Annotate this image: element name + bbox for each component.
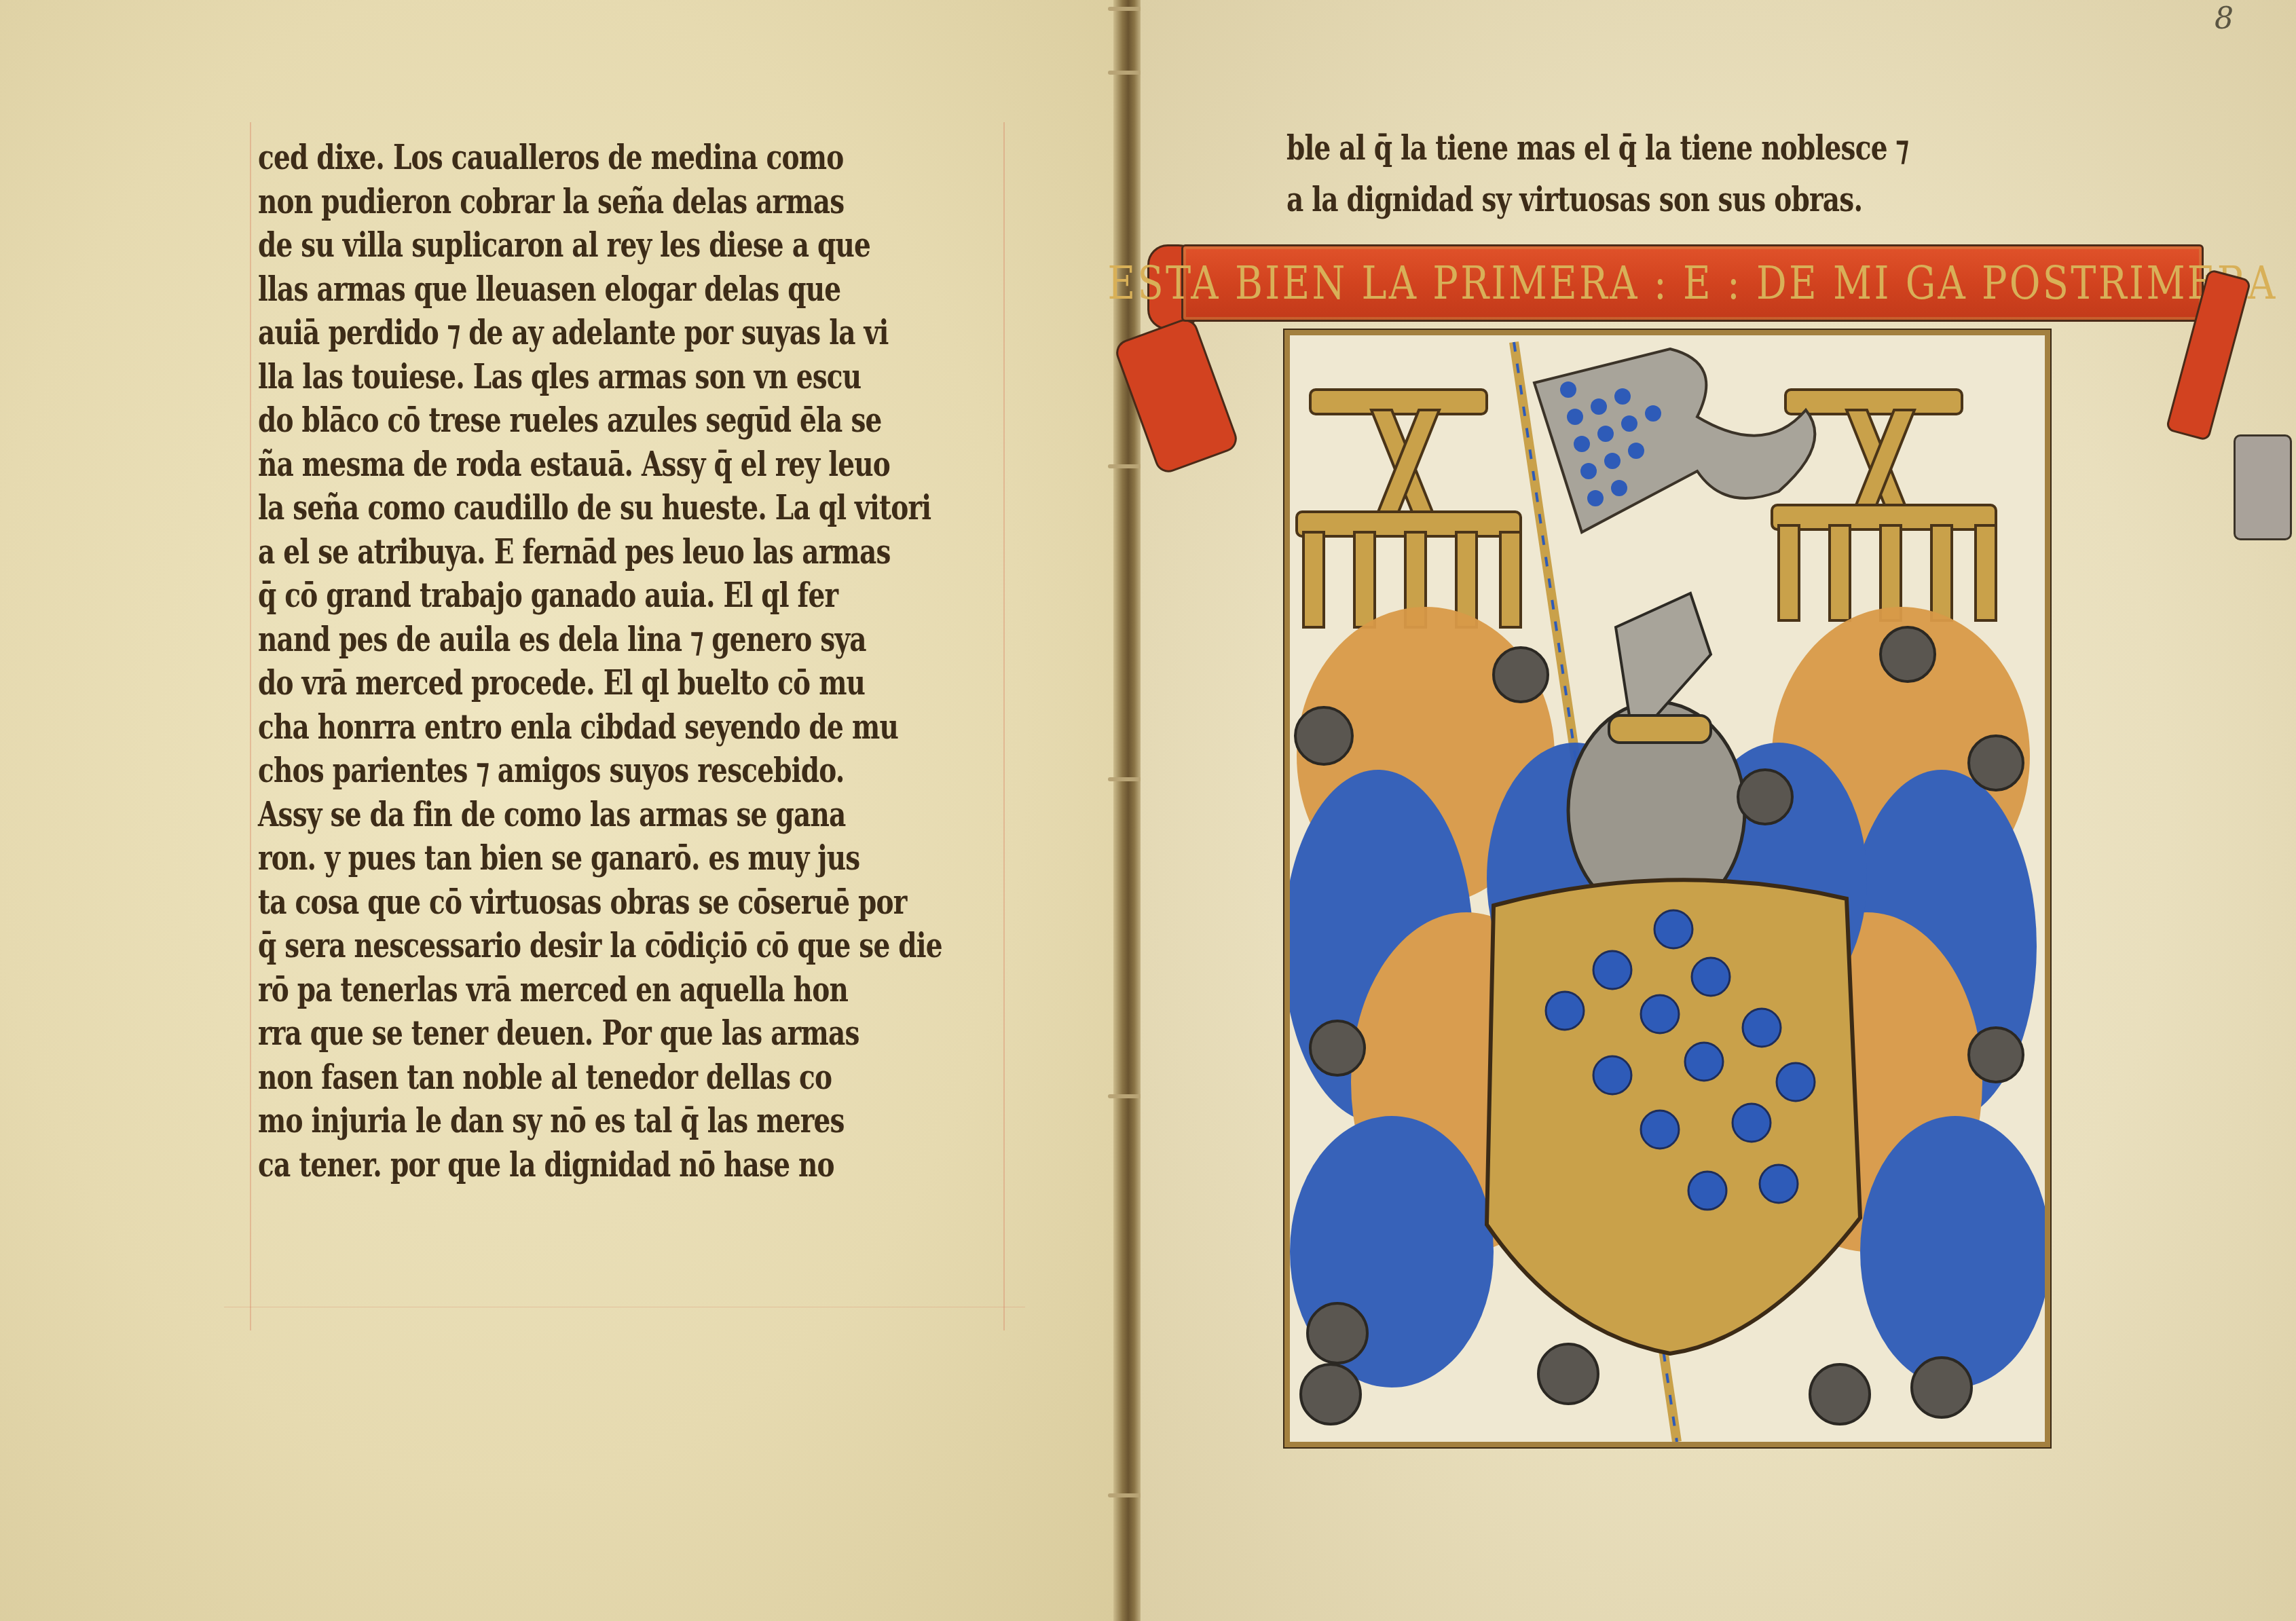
text-line: ta cosa que cō virtuosas obras se cōseru… (258, 880, 840, 925)
armoured-arm-icon (1616, 593, 1711, 715)
right-text-block: ble al q̄ la tiene mas el q̄ la tiene no… (1286, 122, 2047, 225)
text-line: ña mesma de roda estauā. Assy q̄ el rey … (258, 443, 840, 487)
text-line: ron. y pues tan bien se ganarō. es muy j… (258, 836, 840, 880)
text-line: rra que se tener deuen. Por que las arma… (258, 1011, 840, 1056)
left-page: ced dixe. Los caualleros de medina como … (0, 0, 1119, 1621)
text-line: Assy se da fin de como las armas se gana (258, 793, 840, 837)
text-line: ca tener. por que la dignidad nō hase no (258, 1143, 840, 1187)
text-line: chos parientes ⁊ amigos suyos rescebido. (258, 749, 840, 793)
text-line: q̄ cō grand trabajo ganado auia. El ql f… (258, 574, 840, 618)
ruling-line (250, 122, 251, 1330)
torse-icon (1609, 715, 1711, 743)
text-line: do vrā merced procede. El ql buelto cō m… (258, 661, 840, 705)
harrow-badge-icon (1297, 390, 1521, 627)
text-line: do blāco cō trese rueles azules segūd ēl… (258, 398, 840, 443)
text-line: la seña como caudillo de su hueste. La q… (258, 486, 840, 530)
text-line: auiā perdido ⁊ de ay adelante por suyas … (258, 311, 840, 355)
book-gutter (1113, 0, 1143, 1621)
text-line: ced dixe. Los caualleros de medina como (258, 136, 840, 180)
text-line: cha honrra entro enla cibdad seyendo de … (258, 705, 840, 749)
text-line: llas armas que lleuasen elogar delas que (258, 267, 840, 312)
banner-motto-text: ESTA BIEN LA PRIMERA : E : DE MI GA POST… (1275, 246, 2110, 320)
text-line: nand pes de auila es dela lina ⁊ genero … (258, 618, 840, 662)
text-line: non pudieron cobrar la seña delas armas (258, 180, 840, 224)
banner-band: ESTA BIEN LA PRIMERA : E : DE MI GA POST… (1181, 244, 2204, 322)
motto-banner: ESTA BIEN LA PRIMERA : E : DE MI GA POST… (1161, 231, 2220, 326)
folio-number: 8 (2215, 1, 2234, 36)
text-line: q̄ sera nescessario desir la cōdiçiō cō … (258, 924, 840, 968)
text-line: a el se atribuya. E fernād pes leuo las … (258, 530, 840, 574)
ruling-line (224, 1307, 1025, 1307)
coat-of-arms-illustration (1290, 335, 2045, 1442)
left-text-block: ced dixe. Los caualleros de medina como … (258, 136, 1005, 1187)
text-line: de su villa suplicaron al rey les diese … (258, 223, 840, 267)
text-line: ble al q̄ la tiene mas el q̄ la tiene no… (1286, 122, 1880, 174)
text-line: rō pa tenerlas vrā merced en aquella hon (258, 968, 840, 1012)
text-line: a la dignidad sy virtuosas son sus obras… (1286, 174, 1880, 225)
text-line: mo injuria le dan sy nō es tal q̄ las me… (258, 1099, 840, 1143)
illumination-frame (1284, 330, 2050, 1447)
scroll-roll-right (2234, 434, 2292, 540)
text-line: lla las touiese. Las qles armas son vn e… (258, 355, 840, 399)
text-line: non fasen tan noble al tenedor dellas co (258, 1056, 840, 1100)
